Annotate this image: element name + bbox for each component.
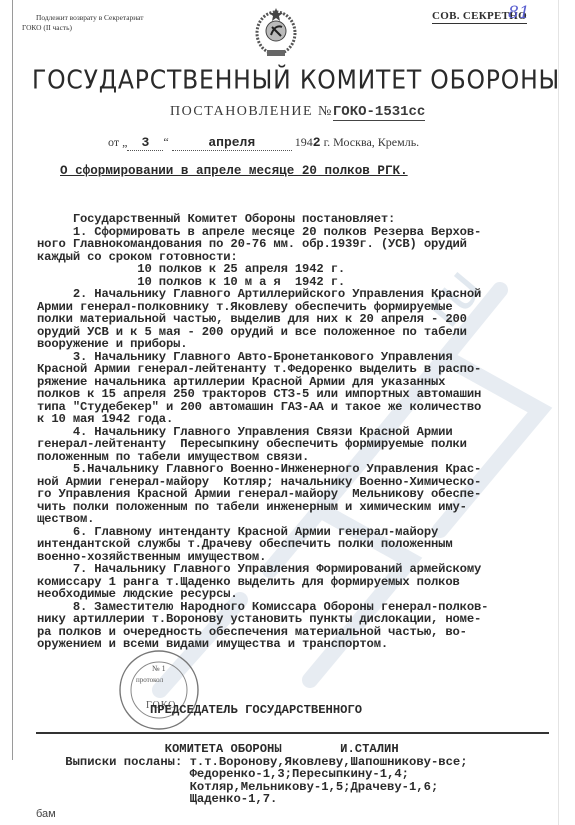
body-line: полки материальной частью, выделив для н… — [37, 313, 557, 326]
committee-title: ГОСУДАРСТВЕННЫЙ КОМИТЕТ ОБОРОНЫ — [32, 65, 552, 95]
decree-subject: О сформировании в апреле месяце 20 полко… — [60, 164, 408, 178]
divider-line — [36, 732, 549, 734]
decree-number: ГОКО-1531сс — [333, 104, 425, 121]
body-line: вооружение и приборы. — [37, 338, 557, 351]
body-line: 10 полков к 25 апреля 1942 г. — [37, 263, 557, 276]
return-note: Подлежит возврату в Секретариат ГОКО (II… — [22, 13, 143, 33]
body-line: оружением и всеми видами имущества и тра… — [37, 638, 557, 651]
body-line: го Управления Красной Армии генерал-майо… — [37, 488, 557, 501]
body-line: нику артиллерии т.Воронову установить пу… — [37, 613, 557, 626]
body-line: 2. Начальнику Главного Артиллерийского У… — [37, 288, 557, 301]
page-edge-line — [12, 0, 13, 760]
body-line: ществом. — [37, 513, 557, 526]
body-line: Красной Армии генерал-лейтенанту т.Федор… — [37, 363, 557, 376]
body-line: интендантской службы т.Драчеву обеспечит… — [37, 538, 557, 551]
date-prefix: от — [108, 135, 119, 149]
date-year-suffix: 2 — [313, 135, 321, 150]
typist-initials: бам — [36, 808, 56, 820]
handwritten-page-number: 81 — [508, 3, 530, 23]
ussr-coat-of-arms-icon — [253, 6, 299, 60]
body-line: ного Главнокомандования по 20-76 мм. обр… — [37, 238, 557, 251]
date-year-prefix: 194 — [295, 135, 313, 149]
date-day: 3 — [127, 135, 163, 151]
return-note-line: ГОКО (II часть) — [22, 23, 72, 32]
signature-title: ПРЕДСЕДАТЕЛЬ ГОСУДАРСТВЕННОГО — [150, 704, 399, 717]
decree-heading: ПОСТАНОВЛЕНИЕ №ГОКО-1531сс — [170, 104, 425, 120]
body-line: полков к 15 апреля 250 тракторов СТЗ-5 и… — [37, 388, 557, 401]
distribution-line: Щаденко-1,7. — [36, 792, 277, 806]
decree-body: Государственный Комитет Обороны постанов… — [37, 213, 557, 651]
distribution-list: Выписки посланы: т.т.Воронову,Яковлеву,Ш… — [36, 743, 468, 818]
body-line: чить полки положенным по табели инженерн… — [37, 501, 557, 514]
body-line: генерал-лейтенанту Пересыпкину обеспечит… — [37, 438, 557, 451]
body-line: 7. Начальнику Главного Управления Формир… — [37, 563, 557, 576]
body-line: 5.Начальнику Главного Военно-Инженерного… — [37, 463, 557, 476]
date-month: апреля — [172, 135, 292, 151]
body-line: необходимые людские ресурсы. — [37, 588, 557, 601]
page-edge-line — [558, 0, 559, 825]
decree-label: ПОСТАНОВЛЕНИЕ № — [170, 104, 333, 119]
body-line: Государственный Комитет Обороны постанов… — [37, 213, 557, 226]
return-note-line: Подлежит возврату в Секретариат — [22, 13, 143, 23]
stamp-number: № 1 — [152, 664, 166, 673]
date-place: г. Москва, Кремль. — [324, 135, 420, 149]
document-page: ru Подлежит возврату в Секретариат ГОКО … — [0, 0, 575, 825]
body-line: к 10 мая 1942 года. — [37, 413, 557, 426]
decree-date: от „3“ апреля 1942 г. Москва, Кремль. — [108, 135, 419, 151]
